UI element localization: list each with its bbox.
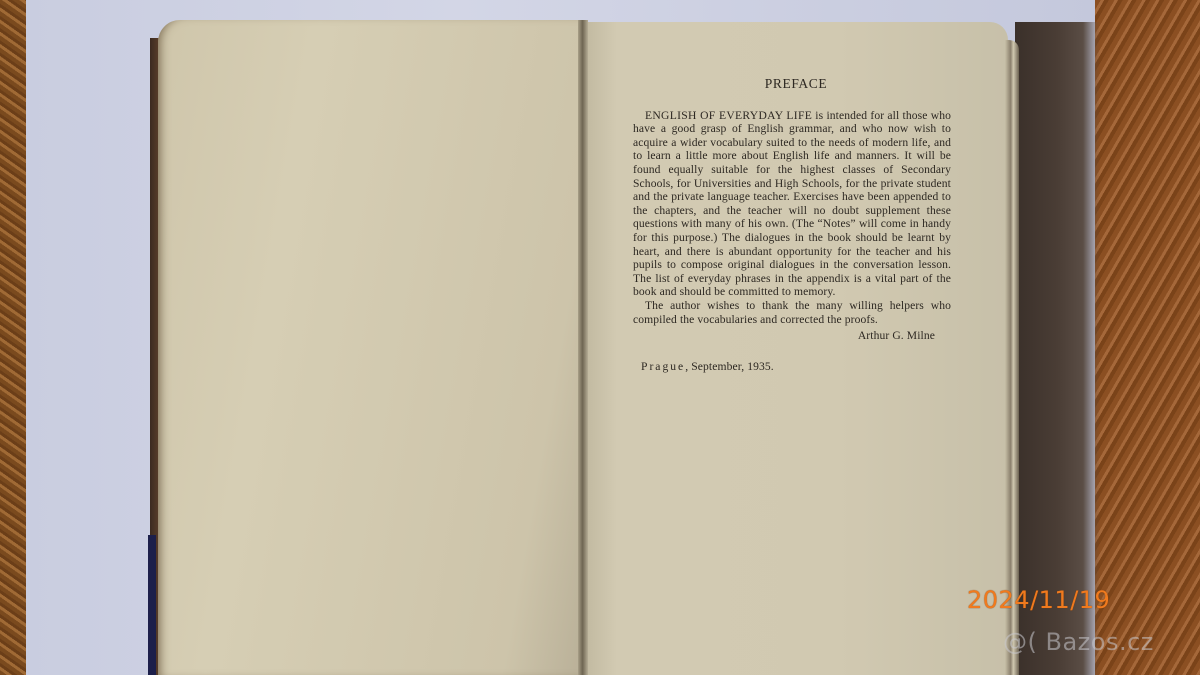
book-cover-blue-edge [148, 535, 156, 675]
paragraph-1-text: is intended for all those who have a goo… [633, 109, 951, 299]
bazos-watermark: @( Bazos.cz [1003, 628, 1154, 656]
book-title-phrase: ENGLISH OF EVERYDAY LIFE [645, 109, 812, 122]
book-shadow [1015, 22, 1100, 675]
preface-paragraph-1: ENGLISH OF EVERYDAY LIFE is intended for… [633, 109, 951, 299]
carpet-right [1095, 0, 1200, 675]
left-page [158, 20, 583, 675]
place-date-line: Prague, September, 1935. [641, 360, 951, 374]
place: Prague [641, 360, 685, 373]
author-signature: Arthur G. Milne [633, 329, 935, 343]
carpet-left [0, 0, 26, 675]
preface-paragraph-2: The author wishes to thank the many will… [633, 299, 951, 326]
right-page-edge [1005, 40, 1019, 675]
page-title: PREFACE [633, 77, 951, 91]
photo-timestamp: 2024/11/19 [967, 586, 1110, 614]
preface-text-block: PREFACE ENGLISH OF EVERYDAY LIFE is inte… [633, 77, 951, 373]
book-gutter [578, 20, 588, 675]
date: , September, 1935. [685, 360, 774, 373]
